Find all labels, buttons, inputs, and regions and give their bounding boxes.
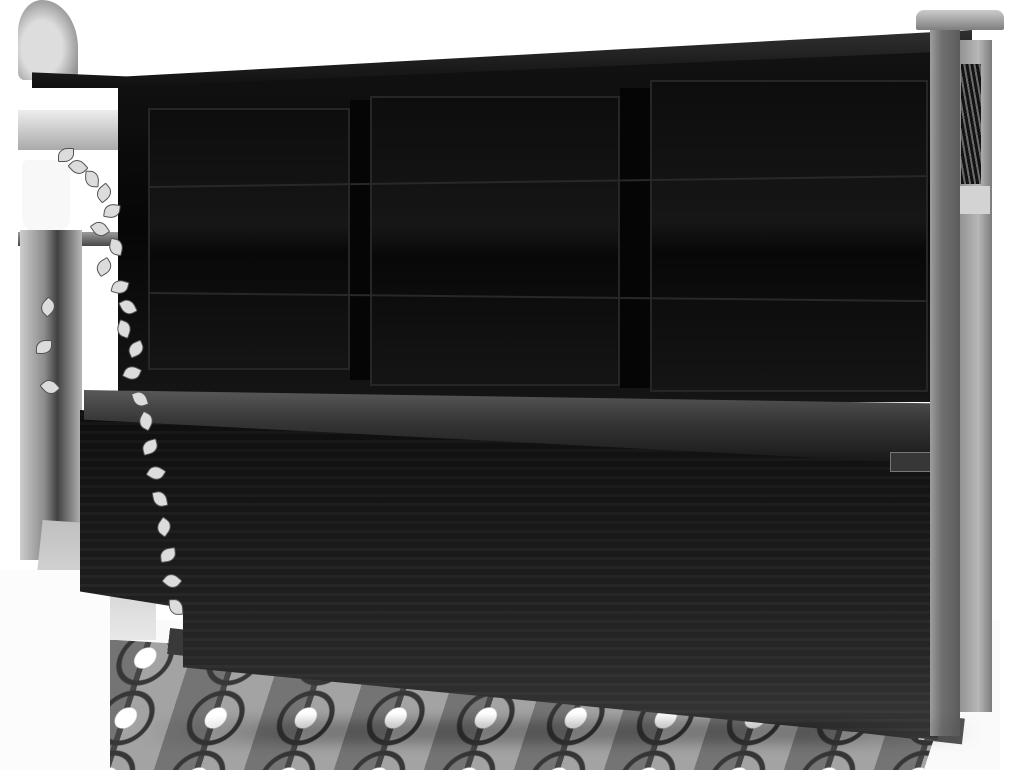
photograph: Antique wooden paneled bench (church pew… [0, 0, 1024, 770]
pillar-foot [0, 570, 110, 770]
plant-pot [22, 160, 70, 232]
vine-leaf-icon [58, 148, 74, 162]
side-rail [958, 186, 990, 214]
grille-window [961, 64, 981, 184]
stone-pillar [20, 230, 82, 560]
back-panel-center [370, 96, 620, 386]
floor-shadow [140, 720, 980, 744]
back-stile-2 [620, 88, 650, 388]
pillar-capital [18, 110, 118, 150]
vine-leaf-icon [84, 171, 99, 188]
back-stile-1 [350, 100, 370, 380]
back-panel-right [650, 80, 928, 392]
seat-latch [890, 452, 934, 472]
vine-leaf-icon [94, 257, 115, 277]
image-subject: Antique wooden paneled bench (church pew… [0, 0, 1, 1]
side-post [930, 28, 960, 736]
back-panel-left [148, 108, 350, 370]
post-capital [916, 10, 1004, 30]
pillar-finial [18, 0, 78, 80]
